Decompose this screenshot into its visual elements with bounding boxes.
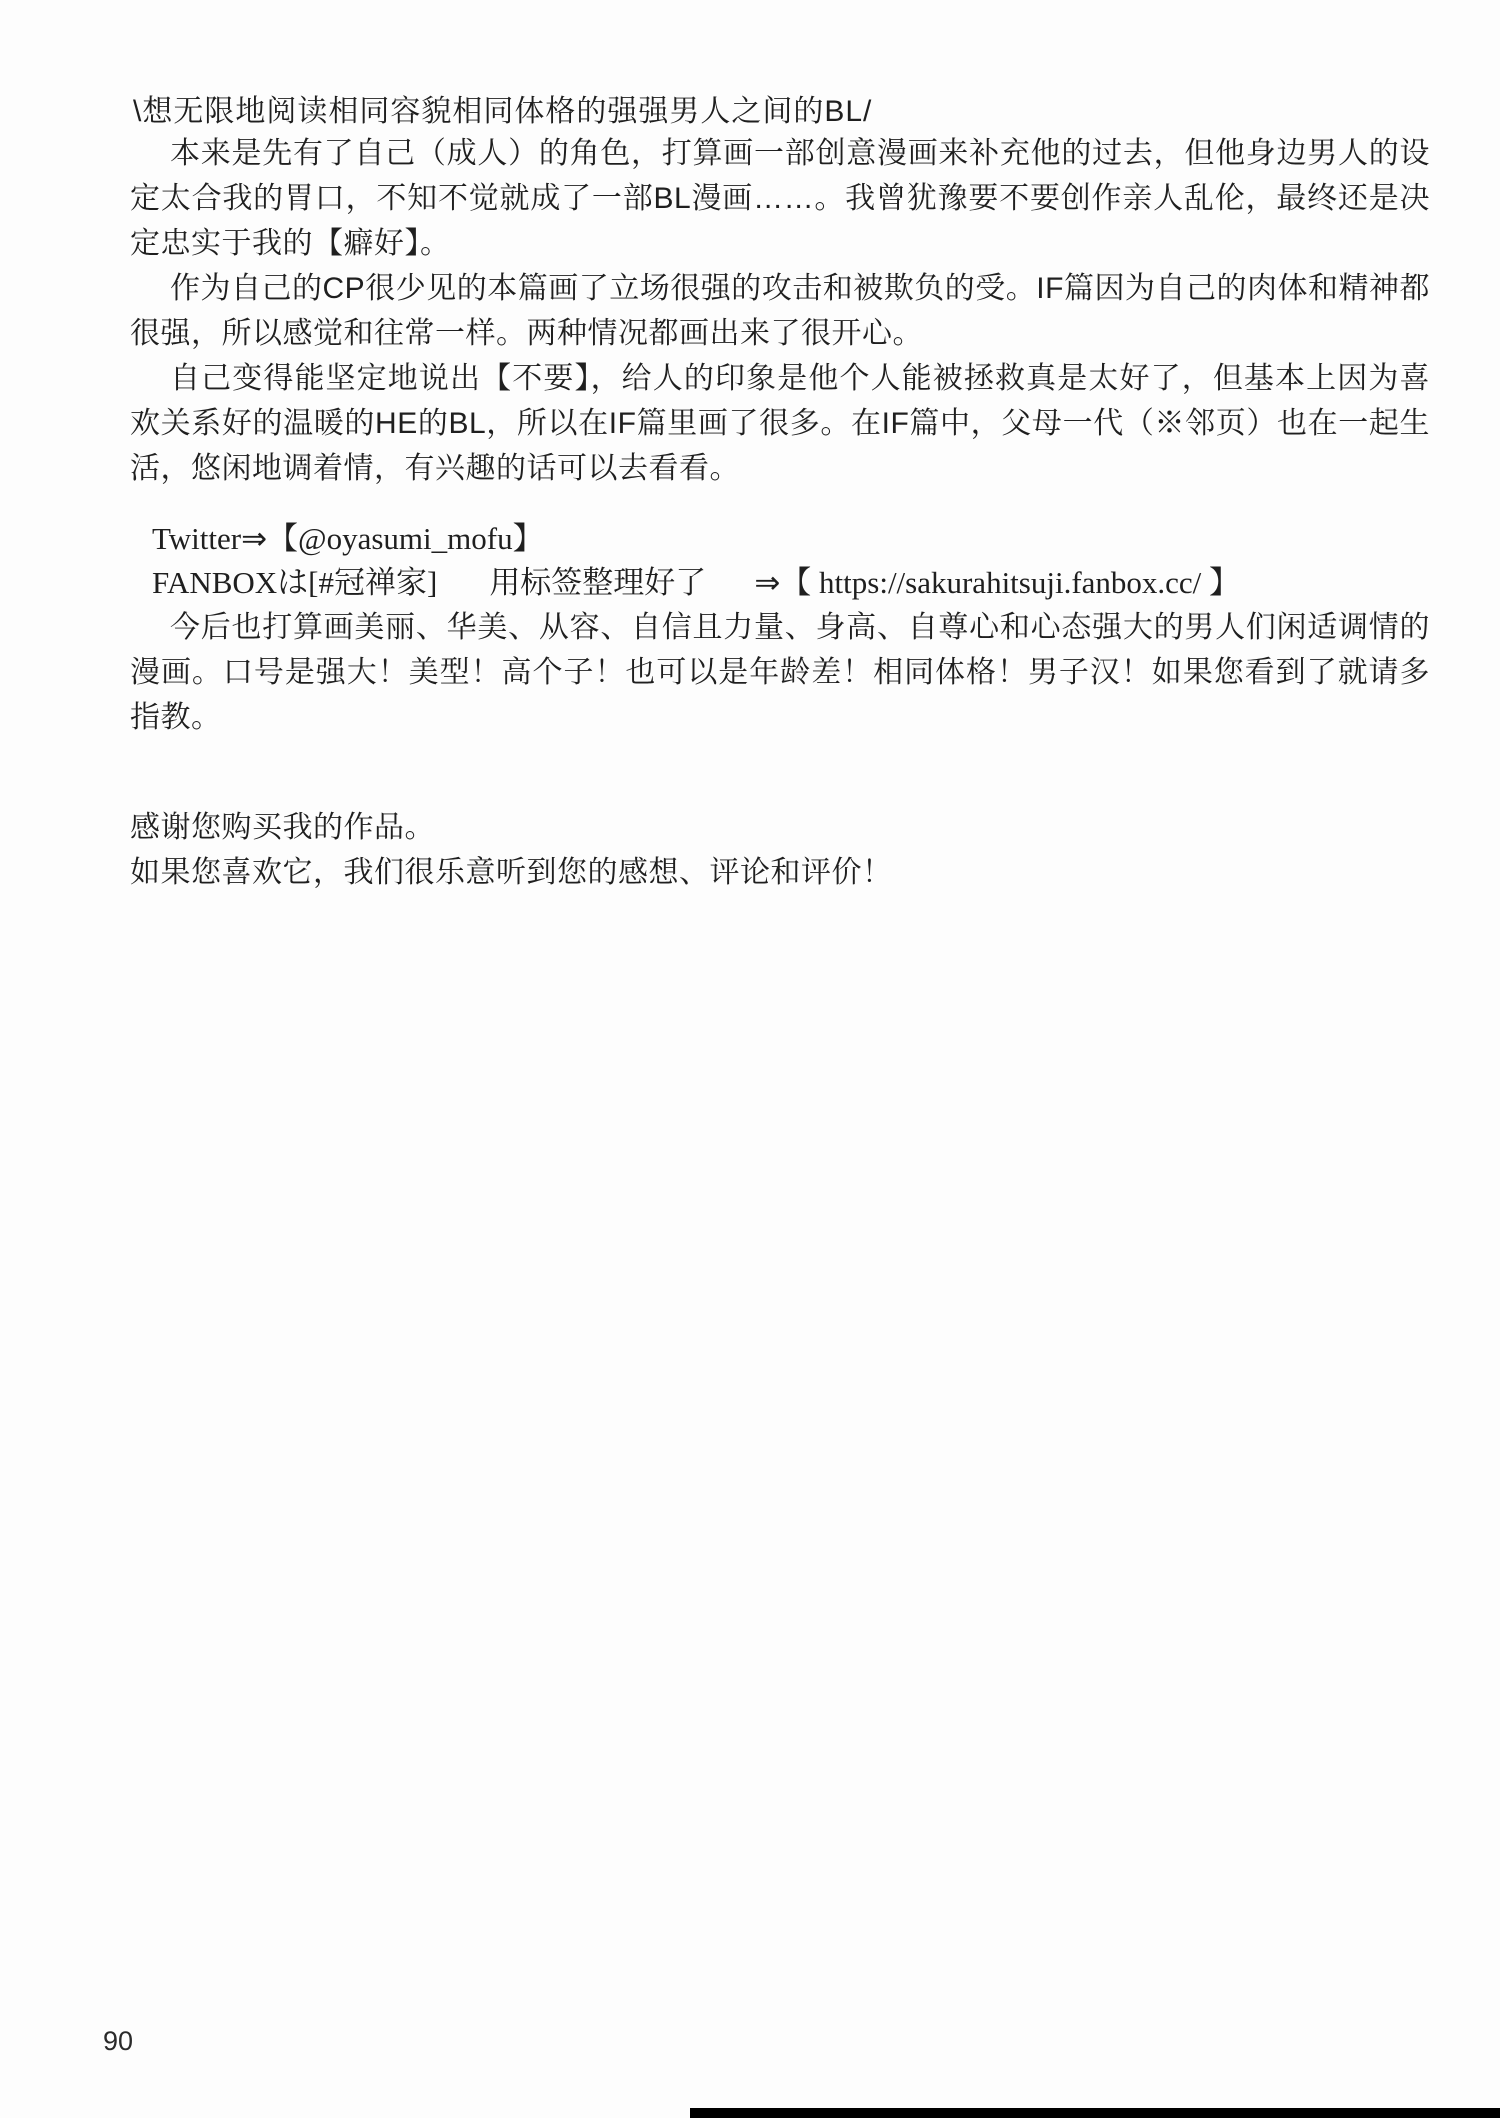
twitter-handle-line: Twitter⇒【@oyasumi_mofu】 — [152, 517, 1430, 561]
links-block: Twitter⇒【@oyasumi_mofu】 FANBOXは[#冠禅家]用标签… — [152, 517, 1430, 605]
fanbox-url: ⇒【 https://sakurahitsuji.fanbox.cc/ 】 — [754, 565, 1240, 600]
paragraph-2: 自己变得能坚定地说出【不要】，给人的印象是他个人能被拯救真是太好了，但基本上因为… — [130, 356, 1430, 491]
paragraph-1b: 作为自己的CP很少见的本篇画了立场很强的攻击和被欺负的受。IF篇因为自己的肉体和… — [130, 266, 1430, 356]
document-page: \想无限地阅读相同容貌相同体格的强强男人之间的BL/ 本来是先有了自己（成人）的… — [0, 0, 1500, 2118]
paragraph-3: 今后也打算画美丽、华美、从容、自信且力量、身高、自尊心和心态强大的男人们闲适调情… — [130, 605, 1430, 740]
closing-block: 感谢您购买我的作品。 如果您喜欢它，我们很乐意听到您的感想、评论和评价！ — [130, 805, 1430, 895]
page-number: 90 — [103, 2026, 133, 2057]
page-title: \想无限地阅读相同容貌相同体格的强强男人之间的BL/ — [133, 93, 1500, 131]
fanbox-line: FANBOXは[#冠禅家]用标签整理好了⇒【 https://sakurahit… — [152, 561, 1430, 605]
body-column: 本来是先有了自己（成人）的角色，打算画一部创意漫画来补充他的过去，但他身边男人的… — [130, 131, 1430, 895]
scan-artifact-bar — [690, 2108, 1500, 2118]
fanbox-note: 用标签整理好了 — [489, 565, 706, 600]
paragraph-1a: 本来是先有了自己（成人）的角色，打算画一部创意漫画来补充他的过去，但他身边男人的… — [130, 131, 1430, 266]
closing-line-1: 感谢您购买我的作品。 — [130, 805, 1430, 850]
closing-line-2: 如果您喜欢它，我们很乐意听到您的感想、评论和评价！ — [130, 850, 1430, 895]
fanbox-tag: FANBOXは[#冠禅家] — [152, 565, 437, 600]
